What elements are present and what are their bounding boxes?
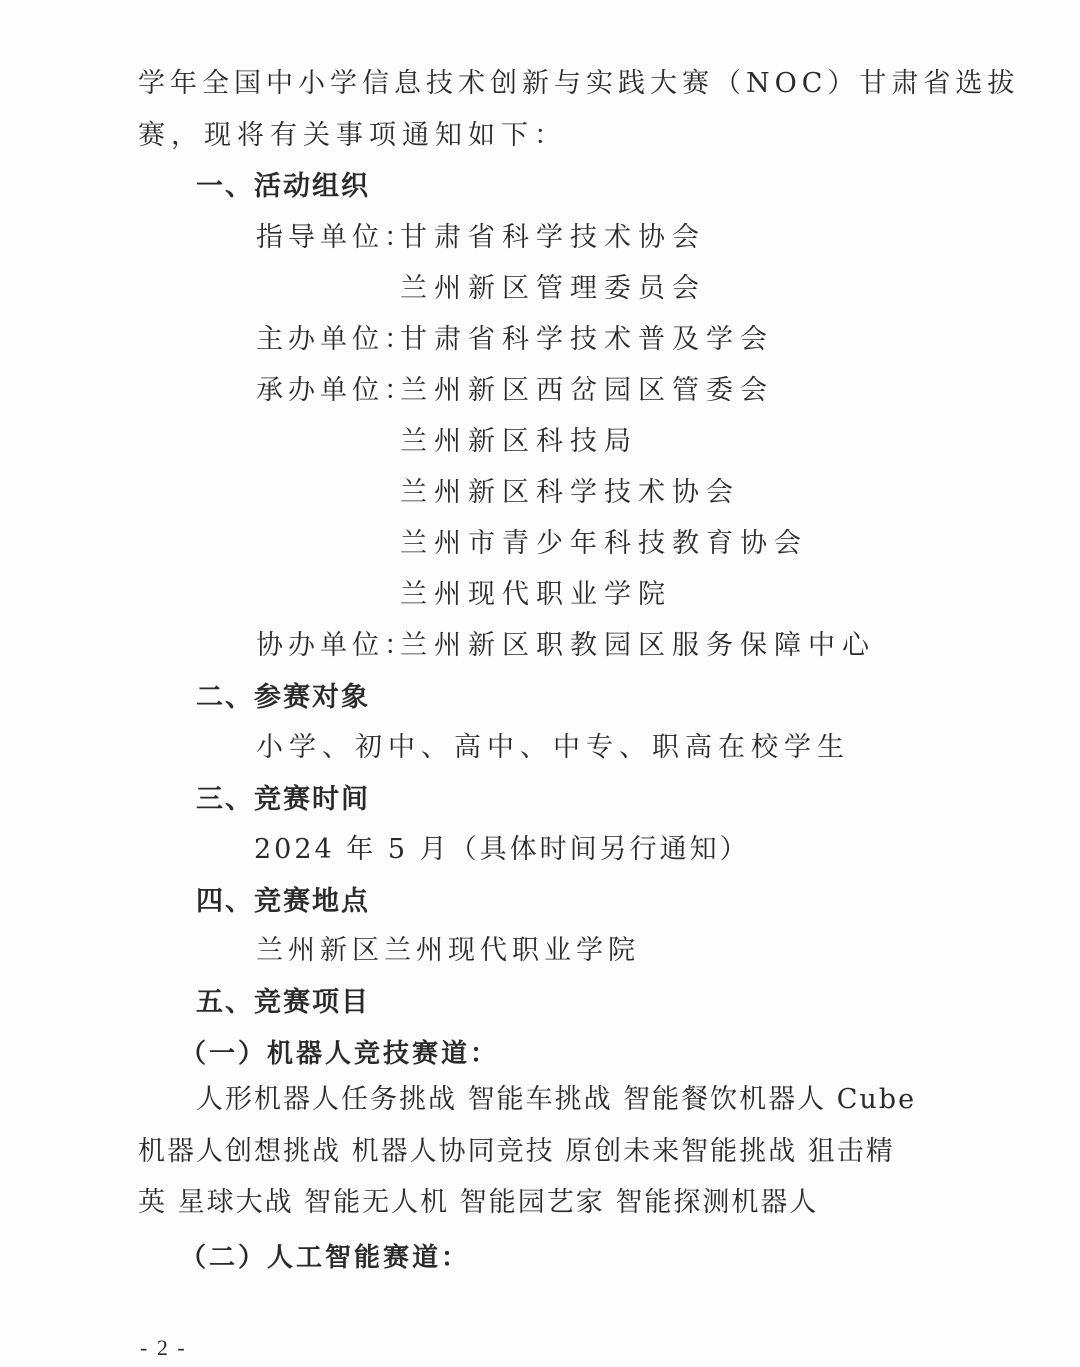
host-unit-label: 主办单位： xyxy=(256,322,416,358)
section-3-content: 2024 年 5 月（具体时间另行通知） xyxy=(254,832,750,868)
track-1-title: （一）机器人竞技赛道： xyxy=(180,1036,499,1072)
track-1-items-line-1: 人形机器人任务挑战 智能车挑战 智能餐饮机器人 Cube xyxy=(196,1082,916,1118)
organizer-unit-value-1: 兰州新区西岔园区管委会 xyxy=(400,373,774,409)
organizer-unit-label: 承办单位： xyxy=(256,373,416,409)
section-2-title: 二、参赛对象 xyxy=(196,680,370,716)
guide-unit-value-2: 兰州新区管理委员会 xyxy=(400,271,706,307)
section-3-title: 三、竞赛时间 xyxy=(196,782,370,818)
page-number: - 2 - xyxy=(140,1335,187,1361)
track-1-items-line-2: 机器人创想挑战 机器人协同竞技 原创未来智能挑战 狙击精 xyxy=(138,1134,895,1170)
host-unit-value-1: 甘肃省科学技术普及学会 xyxy=(400,322,774,358)
organizer-unit-value-3: 兰州新区科学技术协会 xyxy=(400,475,740,511)
organizer-unit-value-2: 兰州新区科技局 xyxy=(400,424,638,460)
section-1-title: 一、活动组织 xyxy=(196,169,370,205)
intro-line-2: 赛，现将有关事项通知如下： xyxy=(138,118,567,154)
co-organizer-unit-label: 协办单位： xyxy=(256,628,416,664)
intro-line-1: 学年全国中小学信息技术创新与实践大赛（NOC）甘肃省选拔 xyxy=(138,66,1019,102)
section-4-title: 四、竞赛地点 xyxy=(196,884,370,920)
co-organizer-unit-value-1: 兰州新区职教园区服务保障中心 xyxy=(400,628,876,664)
track-2-title: （二）人工智能赛道： xyxy=(180,1240,470,1276)
section-2-content: 小学、初中、高中、中专、职高在校学生 xyxy=(256,730,850,766)
section-4-content: 兰州新区兰州现代职业学院 xyxy=(256,933,640,969)
guide-unit-value-1: 甘肃省科学技术协会 xyxy=(400,220,706,256)
organizer-unit-value-4: 兰州市青少年科技教育协会 xyxy=(400,526,808,562)
track-1-items-line-3: 英 星球大战 智能无人机 智能园艺家 智能探测机器人 xyxy=(138,1185,818,1221)
section-5-title: 五、竞赛项目 xyxy=(196,985,370,1021)
guide-unit-label: 指导单位： xyxy=(256,220,416,256)
organizer-unit-value-5: 兰州现代职业学院 xyxy=(400,577,672,613)
